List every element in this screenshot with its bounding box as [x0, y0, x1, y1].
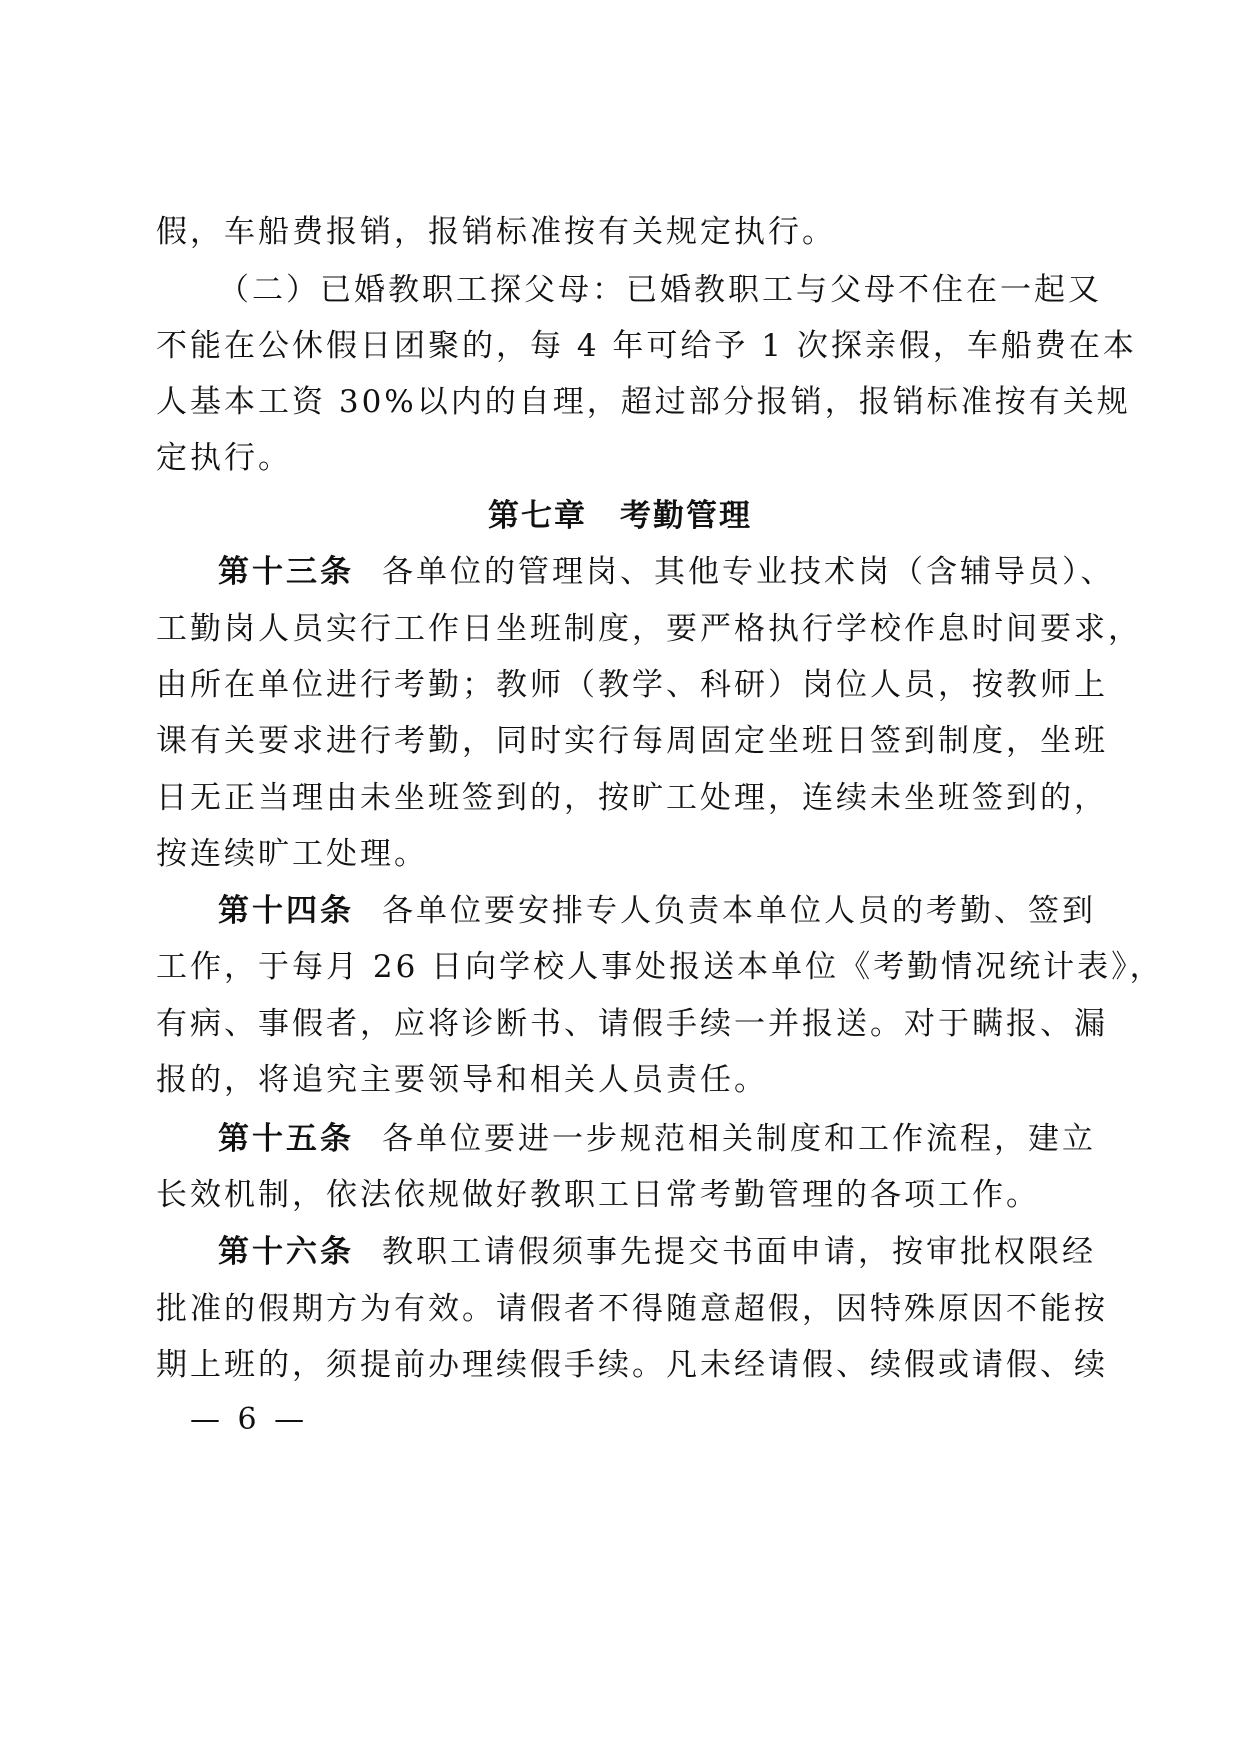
paragraph-line: 长效机制，依法依规做好教职工日常考勤管理的各项工作。: [156, 1175, 1076, 1215]
article-14-first-line: 第十四条各单位要安排专人负责本单位人员的考勤、签到: [218, 891, 1138, 931]
paragraph-line: 期上班的，须提前办理续假手续。凡未经请假、续假或请假、续: [156, 1345, 1076, 1385]
page-number: — 6 —: [190, 1400, 308, 1440]
article-label: 第十五条: [218, 1121, 354, 1157]
paragraph-text: 各单位要进一步规范相关制度和工作流程，建立: [382, 1121, 1096, 1157]
paragraph-text: 教职工请假须事先提交书面申请，按审批权限经: [382, 1234, 1096, 1270]
paragraph-line: 人基本工资 30%以内的自理，超过部分报销，报销标准按有关规: [156, 382, 1076, 422]
paragraph-text: 各单位要安排专人负责本单位人员的考勤、签到: [382, 893, 1096, 929]
article-label: 第十六条: [218, 1234, 354, 1270]
paragraph-line: 有病、事假者，应将诊断书、请假手续一并报送。对于瞒报、漏: [156, 1004, 1076, 1044]
paragraph-line: 日无正当理由未坐班签到的，按旷工处理，连续未坐班签到的，: [156, 778, 1076, 818]
paragraph-line: 批准的假期方为有效。请假者不得随意超假，因特殊原因不能按: [156, 1289, 1076, 1329]
article-label: 第十四条: [218, 893, 354, 929]
paragraph-line: （二）已婚教职工探父母：已婚教职工与父母不住在一起又: [218, 270, 1138, 310]
paragraph-line: 不能在公休假日团聚的，每 4 年可给予 1 次探亲假，车船费在本: [156, 326, 1076, 366]
paragraph-line: 定执行。: [156, 438, 1076, 478]
document-page: 假，车船费报销，报销标准按有关规定执行。 （二）已婚教职工探父母：已婚教职工与父…: [0, 0, 1240, 1753]
paragraph-line: 工勤岗人员实行工作日坐班制度，要严格执行学校作息时间要求，: [156, 609, 1076, 649]
paragraph-line: 工作，于每月 26 日向学校人事处报送本单位《考勤情况统计表》，: [156, 947, 1076, 987]
article-label: 第十三条: [218, 554, 354, 590]
article-13-first-line: 第十三条各单位的管理岗、其他专业技术岗（含辅导员）、: [218, 552, 1138, 592]
article-15-first-line: 第十五条各单位要进一步规范相关制度和工作流程，建立: [218, 1119, 1138, 1159]
chapter-heading: 第七章 考勤管理: [0, 496, 1240, 536]
article-16-first-line: 第十六条教职工请假须事先提交书面申请，按审批权限经: [218, 1232, 1138, 1272]
paragraph-line: 课有关要求进行考勤，同时实行每周固定坐班日签到制度，坐班: [156, 721, 1076, 761]
paragraph-line: 按连续旷工处理。: [156, 834, 1076, 874]
paragraph-line: 报的，将追究主要领导和相关人员责任。: [156, 1060, 1076, 1100]
paragraph-line: 假，车船费报销，报销标准按有关规定执行。: [156, 212, 1076, 252]
paragraph-text: 各单位的管理岗、其他专业技术岗（含辅导员）、: [382, 554, 1115, 590]
paragraph-line: 由所在单位进行考勤；教师（教学、科研）岗位人员，按教师上: [156, 665, 1076, 705]
